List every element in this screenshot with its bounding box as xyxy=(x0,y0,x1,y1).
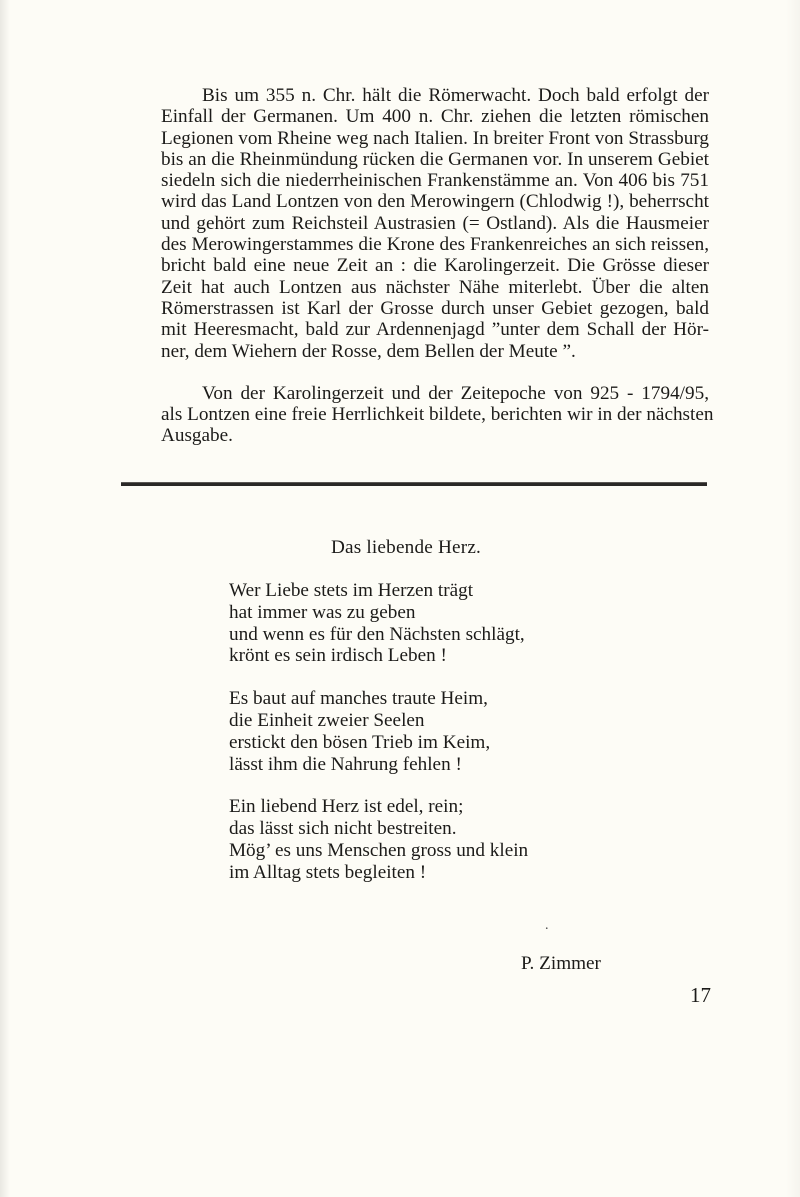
text-line: Legionen vom Rheine weg nach Italien. In… xyxy=(120,128,709,149)
verse-line: Es baut auf manches traute Heim, xyxy=(229,688,528,710)
text-line: als Lontzen eine freie Herrlichkeit bild… xyxy=(120,404,709,425)
stray-dot-mark: . xyxy=(545,918,549,934)
poem-stanza: Es baut auf manches traute Heim, die Ein… xyxy=(229,688,528,775)
verse-line: Ein liebend Herz ist edel, rein; xyxy=(229,796,528,818)
text-line: Zeit hat auch Lontzen aus nächster Nähe … xyxy=(120,277,709,298)
verse-line: Mög’ es uns Menschen gross und klein xyxy=(229,840,528,862)
verse-line: das lässt sich nicht bestreiten. xyxy=(229,818,528,840)
text-line: wird das Land Lontzen von den Merowinger… xyxy=(120,191,709,212)
text-line: des Merowingerstammes die Krone des Fran… xyxy=(120,234,709,255)
article-body: Bis um 355 n. Chr. hält die Römerwacht. … xyxy=(120,85,709,447)
text-line: bricht bald eine neue Zeit an : die Karo… xyxy=(120,255,709,276)
text-line: mit Heeresmacht, bald zur Ardennenjagd ”… xyxy=(120,319,709,340)
article-paragraph: Bis um 355 n. Chr. hält die Römerwacht. … xyxy=(120,85,709,362)
verse-line: hat immer was zu geben xyxy=(229,602,528,624)
page-edge-right xyxy=(786,0,800,1197)
text-line: Einfall der Germanen. Um 400 n. Chr. zie… xyxy=(120,106,709,127)
text-line: Ausgabe. xyxy=(120,425,709,446)
verse-line: krönt es sein irdisch Leben ! xyxy=(229,645,528,667)
poem-title: Das liebende Herz. xyxy=(0,537,800,559)
poem-stanza: Wer Liebe stets im Herzen trägt hat imme… xyxy=(229,580,528,667)
section-divider-rule xyxy=(121,482,707,486)
text-line: bis an die Rheinmündung rücken die Germa… xyxy=(120,149,709,170)
verse-line: im Alltag stets begleiten ! xyxy=(229,862,528,884)
poem-body: Wer Liebe stets im Herzen trägt hat imme… xyxy=(229,580,528,884)
verse-line: und wenn es für den Nächsten schlägt, xyxy=(229,624,528,646)
text-line: Von der Karolingerzeit und der Zeitepoch… xyxy=(120,383,709,404)
verse-line: die Einheit zweier Seelen xyxy=(229,710,528,732)
author-signature: P. Zimmer xyxy=(521,953,601,975)
text-line: siedeln sich die niederrheinischen Frank… xyxy=(120,170,709,191)
verse-line: lässt ihm die Nahrung fehlen ! xyxy=(229,754,528,776)
verse-line: erstickt den bösen Trieb im Keim, xyxy=(229,732,528,754)
text-line: Bis um 355 n. Chr. hält die Römerwacht. … xyxy=(120,85,709,106)
text-line: ner, dem Wiehern der Rosse, dem Bellen d… xyxy=(120,341,709,362)
article-paragraph: Von der Karolingerzeit und der Zeitepoch… xyxy=(120,383,709,447)
text-line: und gehört zum Reichsteil Austrasien (= … xyxy=(120,213,709,234)
page-gutter-shadow xyxy=(0,0,10,1197)
text-line: Römerstrassen ist Karl der Grosse durch … xyxy=(120,298,709,319)
verse-line: Wer Liebe stets im Herzen trägt xyxy=(229,580,528,602)
page-number: 17 xyxy=(690,983,711,1008)
poem-stanza: Ein liebend Herz ist edel, rein; das läs… xyxy=(229,796,528,883)
